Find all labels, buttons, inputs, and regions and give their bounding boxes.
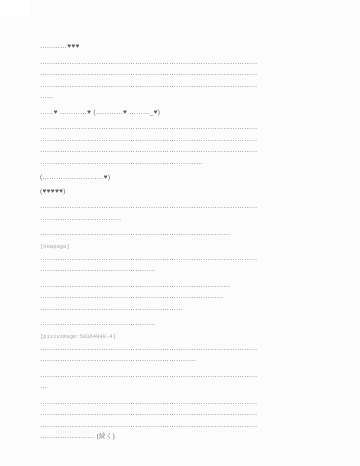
text-paragraph: …………………………………………………………………………………… …………………… [40, 397, 322, 443]
text-line: …………………………………………………………………………………… [40, 408, 322, 420]
text-line: ………………………………………………………………………… [40, 280, 322, 292]
text-line: …………………………………………………………………………………… [40, 397, 322, 409]
text-paragraph: …………………………………………………………………………………… …………………… [40, 201, 322, 224]
text-line: …………………………………………… [40, 318, 322, 330]
text-paragraph: …………………………………………………………………………………… …………………… [40, 253, 322, 276]
text-paragraph: …………………………………………………………………………………… …………………… [40, 122, 322, 168]
text-line: …………♥♥♥ [40, 41, 322, 53]
corner-patch [0, 0, 30, 16]
pixivimage-tag: [pixivimage:58364848-4] [40, 332, 322, 341]
text-line: ……………………………………………………… [40, 303, 322, 315]
text-line: …………………………………………………………………………………… [40, 80, 322, 92]
text-paragraph: …………………………………………… [40, 318, 322, 330]
text-line: …………………………………………………………………………………… [40, 370, 322, 382]
dialogue-line: (♥♥♥♥♥) [40, 186, 322, 198]
text-line: …………………………………………………………………………………… [40, 134, 322, 146]
text-line: …………………………………………………………………………………… [40, 201, 322, 213]
newpage-tag: [newpage] [40, 242, 322, 251]
text-line: …………………………………………………………………………………… [40, 145, 322, 157]
text-line: ……………………………… [40, 213, 322, 225]
text-paragraph: ………………………………………………………………………… ……………………………… [40, 280, 322, 315]
novel-text-page: …………♥♥♥ ……………………………………………………………………………………… [0, 0, 360, 466]
text-line: …………………………………………………………………………………… [40, 253, 322, 265]
text-line: …………………………………………………………………………………… [40, 343, 322, 355]
continued-marker: …………………… (続く) [40, 431, 322, 443]
text-paragraph: …………………………………………………………………………………… …………………… [40, 57, 322, 103]
text-line: …………………………………………………………… [40, 354, 322, 366]
text-paragraph: ………………………………………………………………………… [40, 228, 322, 240]
text-line: ………………………………………………………………………… [40, 228, 322, 240]
text-line: ……………………………………………………………………… [40, 291, 322, 303]
text-line: ……………………………………………………………… [40, 157, 322, 169]
text-paragraph: …………………………………………………………………………………… … [40, 370, 322, 393]
dialogue-line: (………………………♥) [40, 172, 322, 184]
text-line: …………………………………………………………………………………… [40, 57, 322, 69]
text-line: …………………………………………………………………………………… [40, 420, 322, 432]
text-line: ……♥ …………♥ (…………♥ ………_♥) [40, 107, 322, 119]
text-line: …………………………………………………………………………………… [40, 68, 322, 80]
text-line: …………………………………………… [40, 264, 322, 276]
text-line: …………………………………………………………………………………… [40, 122, 322, 134]
text-line: (♥♥♥♥♥) [40, 186, 322, 198]
dialogue-line: …………♥♥♥ [40, 41, 322, 53]
text-paragraph: …………………………………………………………………………………… …………………… [40, 343, 322, 366]
text-line: …… [40, 91, 322, 103]
text-line: … [40, 381, 322, 393]
novel-body-text: …………♥♥♥ ……………………………………………………………………………………… [40, 41, 322, 447]
text-line: (………………………♥) [40, 172, 322, 184]
dialogue-line: ……♥ …………♥ (…………♥ ………_♥) [40, 107, 322, 119]
